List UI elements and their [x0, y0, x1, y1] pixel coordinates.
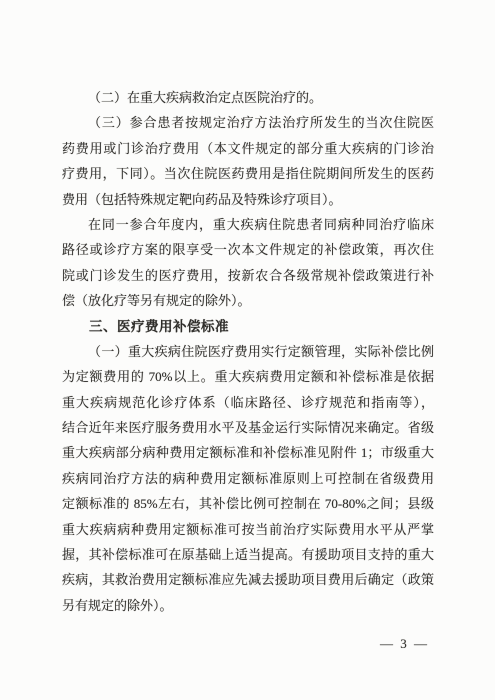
text-line: 路径或诊疗方案的限享受一次本文件规定的补偿政策，再次住 — [62, 237, 434, 262]
document-page: （二）在重大疾病救治定点医院治疗的。（三）参合患者按规定治疗方法治疗所发生的当次… — [0, 0, 495, 700]
document-body: （二）在重大疾病救治定点医院治疗的。（三）参合患者按规定治疗方法治疗所发生的当次… — [62, 85, 434, 618]
text-line: 结合近年来医疗服务费用水平及基金运行实际情况来确定。省级 — [62, 415, 434, 440]
text-line: 费用（包括特殊规定靶向药品及特殊诊疗项目）。 — [62, 187, 434, 212]
page-number: — 3 — — [380, 636, 429, 652]
text-line: 重大疾病部分病种费用定额标准和补偿标准见附件 1；市级重大 — [62, 440, 434, 465]
scanned-document-screenshot: { "page": { "background": "#fcfcfb", "te… — [0, 0, 495, 700]
text-line: 在同一参合年度内，重大疾病住院患者同病种同治疗临床 — [62, 212, 434, 237]
text-line: 重大疾病规范化诊疗体系（临床路径、诊疗规范和指南等）， — [62, 390, 434, 415]
text-line: 重大疾病病种费用定额标准可按当前治疗实际费用水平从严掌 — [62, 517, 434, 542]
text-line: 疗费用，下同）。当次住院医药费用是指住院期间所发生的医药 — [62, 161, 434, 186]
text-line: 药费用或门诊治疗费用（本文件规定的部分重大疾病的门诊治 — [62, 136, 434, 161]
text-line: （一）重大疾病住院医疗费用实行定额管理，实际补偿比例 — [62, 339, 434, 364]
text-line: 握，其补偿标准可在原基础上适当提高。有援助项目支持的重大 — [62, 542, 434, 567]
text-line: （二）在重大疾病救治定点医院治疗的。 — [62, 85, 434, 110]
text-line: 定额标准的 85%左右，其补偿比例可控制在 70-80%之间；县级 — [62, 491, 434, 516]
text-line: 疾病同治疗方法的病种费用定额标准原则上可控制在省级费用 — [62, 466, 434, 491]
section-heading: 三、医疗费用补偿标准 — [62, 314, 434, 339]
text-line: 为定额费用的 70%以上。重大疾病费用定额和补偿标准是依据 — [62, 364, 434, 389]
text-line: 偿（放化疗等另有规定的除外）。 — [62, 288, 434, 313]
text-line: 另有规定的除外）。 — [62, 593, 434, 618]
text-line: 院或门诊发生的医疗费用，按新农合各级常规补偿政策进行补 — [62, 263, 434, 288]
text-line: 疾病，其救治费用定额标准应先减去援助项目费用后确定（政策 — [62, 567, 434, 592]
text-line: （三）参合患者按规定治疗方法治疗所发生的当次住院医 — [62, 110, 434, 135]
